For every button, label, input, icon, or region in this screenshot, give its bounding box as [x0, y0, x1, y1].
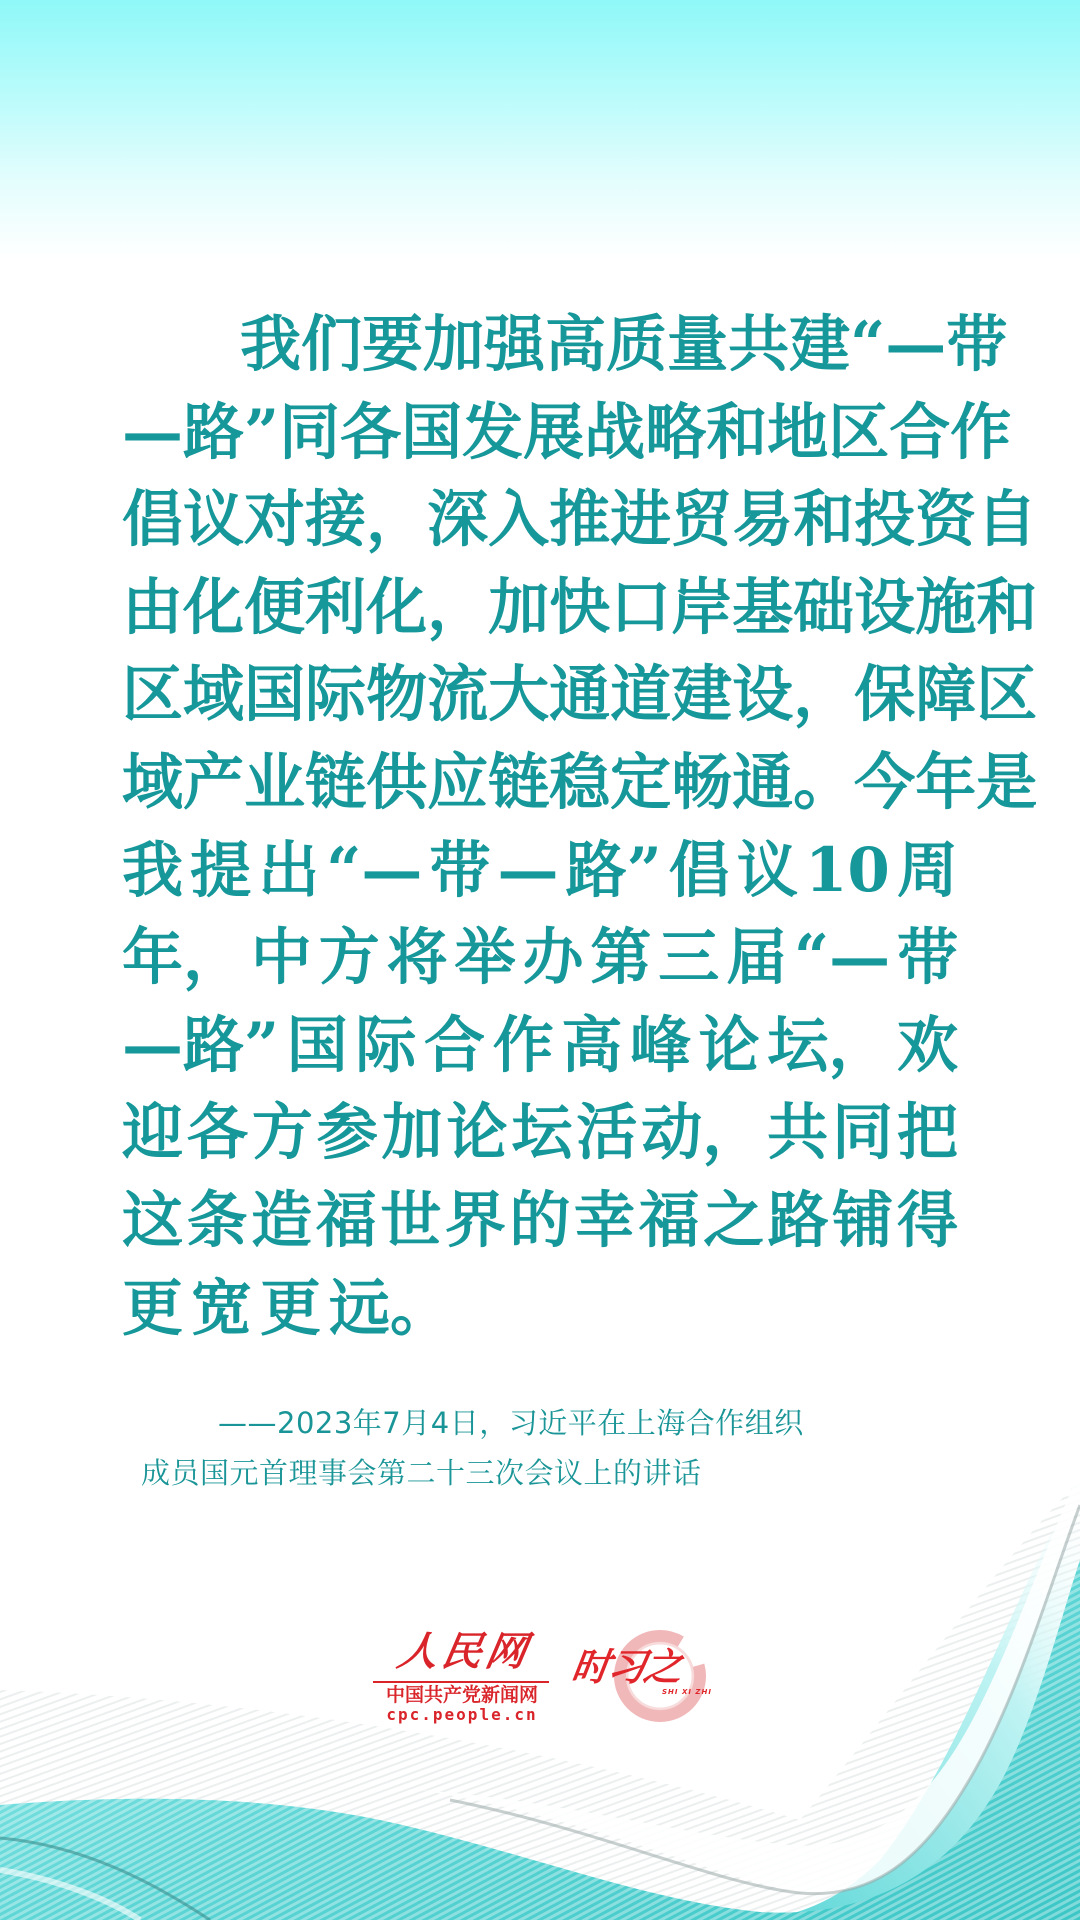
- quote-glyph: 活: [576, 1089, 637, 1177]
- quote-glyph: 发: [462, 389, 523, 477]
- quote-glyph: 快: [549, 564, 610, 652]
- quote-glyph: 届: [726, 914, 787, 1002]
- quote-glyph: —: [498, 827, 559, 915]
- quote-glyph: 链: [488, 739, 549, 827]
- quote-glyph: 加: [423, 301, 484, 389]
- quote-glyph: 基: [732, 564, 793, 652]
- quote-glyph: 大: [488, 651, 549, 739]
- quote-glyph: 各: [187, 1089, 248, 1177]
- quote-glyph: 深: [427, 476, 488, 564]
- quote-glyph: 福: [639, 1177, 700, 1265]
- quote-glyph: 10: [805, 827, 890, 915]
- quote-glyph: 界: [445, 1177, 506, 1265]
- quote-glyph: 化，: [366, 564, 488, 652]
- quote-glyph: —路”: [122, 389, 279, 477]
- quote-glyph: 自: [976, 476, 1037, 564]
- quote-glyph: 应: [427, 739, 488, 827]
- quote-glyph: 建: [789, 301, 850, 389]
- quote-glyph: 共: [728, 301, 789, 389]
- quote-glyph: 流: [427, 651, 488, 739]
- quote-glyph: 定: [610, 739, 671, 827]
- quote-glyph: 稳: [549, 739, 610, 827]
- top-gradient-background: [0, 0, 1080, 260]
- quote-glyph: 各: [340, 389, 401, 477]
- quote-glyph: 通: [549, 651, 610, 739]
- quote-glyph: 通。: [732, 739, 854, 827]
- quote-glyph: 保: [854, 651, 915, 739]
- quote-glyph: 建: [671, 651, 732, 739]
- quote-line: 这条造福世界的幸福之路铺得: [122, 1177, 958, 1265]
- quote-glyph: 幸: [574, 1177, 635, 1265]
- quote-glyph: 得: [897, 1177, 958, 1265]
- quote-glyph: 三: [658, 914, 719, 1002]
- people-logo-subtitle: 中国共产党新闻网: [373, 1684, 551, 1706]
- quote-glyph: 论: [447, 1089, 508, 1177]
- quote-glyph: 议: [183, 476, 244, 564]
- shixizhi-title: 时习之: [569, 1646, 683, 1688]
- quote-line: 倡议对接，深入推进贸易和投资自: [122, 476, 958, 564]
- quote-glyph: 路: [768, 1177, 829, 1265]
- quote-glyph: 带: [429, 827, 490, 915]
- quote-glyph: 这: [122, 1177, 183, 1265]
- quote-glyph: 中: [251, 914, 312, 1002]
- quote-glyph: 条: [187, 1177, 248, 1265]
- quote-glyph: 设，: [732, 651, 854, 739]
- quote-glyph: 加: [382, 1089, 443, 1177]
- quote-glyph: 国: [287, 1002, 348, 1090]
- quote-glyph: 进: [610, 476, 671, 564]
- quote-glyph: 们: [301, 301, 362, 389]
- quote-glyph: 接，: [305, 476, 427, 564]
- shixizhi-pinyin: SHI XI ZHI: [662, 1688, 712, 1696]
- quote-line: 区域国际物流大通道建设，保障区: [122, 651, 958, 739]
- quote-glyph: 坛，: [767, 1002, 889, 1090]
- quote-glyph: 的: [509, 1177, 570, 1265]
- quote-glyph: 资: [915, 476, 976, 564]
- quote-glyph: 合: [424, 1002, 485, 1090]
- quote-glyph: 和: [976, 564, 1037, 652]
- quote-glyph: 强: [484, 301, 545, 389]
- quote-line: —路”同各国发展战略和地区合作: [122, 389, 958, 477]
- quote-glyph: 略: [645, 389, 706, 477]
- people-logo-url: cpc.people.cn: [373, 1706, 551, 1724]
- quote-glyph: 质: [606, 301, 667, 389]
- quote-glyph: 年，: [122, 914, 244, 1002]
- attribution-line-2: 成员国元首理事会第二十三次会议上的讲话: [141, 1448, 702, 1498]
- quote-glyph: 础: [793, 564, 854, 652]
- quote-glyph: 将: [387, 914, 448, 1002]
- quote-glyph: 际: [305, 651, 366, 739]
- quote-glyph: “—: [326, 827, 422, 915]
- quote-glyph: 产: [183, 739, 244, 827]
- quote-glyph: 畅: [671, 739, 732, 827]
- quote-glyph: —路”: [122, 1002, 279, 1090]
- quote-glyph: 峰: [630, 1002, 691, 1090]
- quote-glyph: 设: [854, 564, 915, 652]
- quote-glyph: 福: [316, 1177, 377, 1265]
- quote-glyph: “—: [794, 914, 890, 1002]
- quote-glyph: 入: [488, 476, 549, 564]
- quote-glyph: 国: [401, 389, 462, 477]
- quote-glyph: 要: [362, 301, 423, 389]
- quote-glyph: 化: [183, 564, 244, 652]
- quote-glyph: 施: [915, 564, 976, 652]
- quote-glyph: 我: [122, 827, 183, 915]
- quote-glyph: 迎: [122, 1089, 183, 1177]
- quote-glyph: 举: [455, 914, 516, 1002]
- quote-glyph: 世: [380, 1177, 441, 1265]
- quote-glyph: 之: [703, 1177, 764, 1265]
- quote-glyph: 区: [122, 651, 183, 739]
- quote-line: 迎各方参加论坛活动，共同把: [122, 1089, 958, 1177]
- quote-glyph: 和: [793, 476, 854, 564]
- quote-glyph: 对: [244, 476, 305, 564]
- quote-line: 域产业链供应链稳定畅通。今年是: [122, 739, 958, 827]
- quote-glyph: 量: [667, 301, 728, 389]
- quote-glyph: “—: [850, 301, 946, 389]
- quote-glyph: 供: [366, 739, 427, 827]
- quote-glyph: 我: [240, 301, 301, 389]
- quote-glyph: 同: [279, 389, 340, 477]
- quote-glyph: 作: [950, 389, 1011, 477]
- quote-glyph: 第: [590, 914, 651, 1002]
- quote-glyph: 铺: [832, 1177, 893, 1265]
- quote-glyph: 合: [889, 389, 950, 477]
- quote-glyph: 共: [767, 1089, 828, 1177]
- quote-glyph: 方: [319, 914, 380, 1002]
- quote-line: —路”国际合作高峰论坛，欢: [122, 1002, 958, 1090]
- quote-glyph: 投: [854, 476, 915, 564]
- quote-glyph: 际: [355, 1002, 416, 1090]
- people-logo-calligraphy: 人民网: [374, 1626, 553, 1678]
- quote-glyph: 办: [522, 914, 583, 1002]
- quote-line: 我们要加强高质量共建“—带: [122, 301, 958, 389]
- quote-glyph: 障: [915, 651, 976, 739]
- quote-glyph: 提: [190, 827, 251, 915]
- quote-glyph: 欢: [897, 1002, 958, 1090]
- quote-glyph: 把: [897, 1089, 958, 1177]
- quote-glyph: 更: [260, 1265, 321, 1353]
- attribution-line-1: ——2023年7月4日，习近平在上海合作组织: [218, 1398, 804, 1448]
- quote-glyph: 便: [244, 564, 305, 652]
- quote-glyph: 高: [545, 301, 606, 389]
- quote-glyph: 域: [122, 739, 183, 827]
- quote-glyph: 造: [251, 1177, 312, 1265]
- quote-glyph: 同: [832, 1089, 893, 1177]
- quote-glyph: 年: [915, 739, 976, 827]
- quote-glyph: 倡: [122, 476, 183, 564]
- quote-body: 我们要加强高质量共建“—带 —路”同各国发展战略和地区合作 倡议对接，深入推进贸…: [122, 301, 958, 1352]
- quote-glyph: 远。: [329, 1265, 451, 1353]
- quote-glyph: 今: [854, 739, 915, 827]
- quote-glyph: 论: [699, 1002, 760, 1090]
- quote-glyph: 是: [976, 739, 1037, 827]
- quote-glyph: 口: [610, 564, 671, 652]
- quote-glyph: 岸: [671, 564, 732, 652]
- quote-glyph: 易: [732, 476, 793, 564]
- people-daily-logo: 人民网 中国共产党新闻网 cpc.people.cn: [373, 1626, 551, 1726]
- quote-glyph: 地: [767, 389, 828, 477]
- quote-glyph: 议: [737, 827, 798, 915]
- quote-glyph: 参: [317, 1089, 378, 1177]
- quote-glyph: 带: [897, 914, 958, 1002]
- people-logo-divider: [373, 1681, 549, 1683]
- quote-glyph: 出: [258, 827, 319, 915]
- quote-glyph: 由: [122, 564, 183, 652]
- quote-glyph: 坛: [511, 1089, 572, 1177]
- quote-glyph: 利: [305, 564, 366, 652]
- quote-glyph: 和: [706, 389, 767, 477]
- quote-glyph: 战: [584, 389, 645, 477]
- quote-glyph: 区: [828, 389, 889, 477]
- quote-glyph: 方: [252, 1089, 313, 1177]
- quote-glyph: 周: [897, 827, 958, 915]
- quote-line: 由化便利化，加快口岸基础设施和: [122, 564, 958, 652]
- shixizhi-logo: 时习之 SHI XI ZHI: [570, 1628, 710, 1732]
- quote-glyph: 动，: [641, 1089, 763, 1177]
- quote-glyph: 展: [523, 389, 584, 477]
- quote-glyph: 道: [610, 651, 671, 739]
- quote-glyph: 带: [946, 301, 1007, 389]
- quote-glyph: 贸: [671, 476, 732, 564]
- quote-glyph: 倡: [669, 827, 730, 915]
- quote-glyph: 链: [305, 739, 366, 827]
- quote-glyph: 宽: [191, 1265, 252, 1353]
- quote-glyph: 路”: [566, 827, 662, 915]
- quote-glyph: 推: [549, 476, 610, 564]
- quote-glyph: 高: [561, 1002, 622, 1090]
- quote-glyph: 区: [976, 651, 1037, 739]
- quote-glyph: 作: [493, 1002, 554, 1090]
- quote-glyph: 更: [122, 1265, 183, 1353]
- quote-glyph: 业: [244, 739, 305, 827]
- quote-line: 我提出“—带—路”倡议10周: [122, 827, 958, 915]
- quote-line: 更宽更远。: [122, 1265, 958, 1353]
- quote-line: 年，中方将举办第三届“—带: [122, 914, 958, 1002]
- quote-glyph: 国: [244, 651, 305, 739]
- quote-glyph: 域: [183, 651, 244, 739]
- quote-glyph: 加: [488, 564, 549, 652]
- quote-glyph: 物: [366, 651, 427, 739]
